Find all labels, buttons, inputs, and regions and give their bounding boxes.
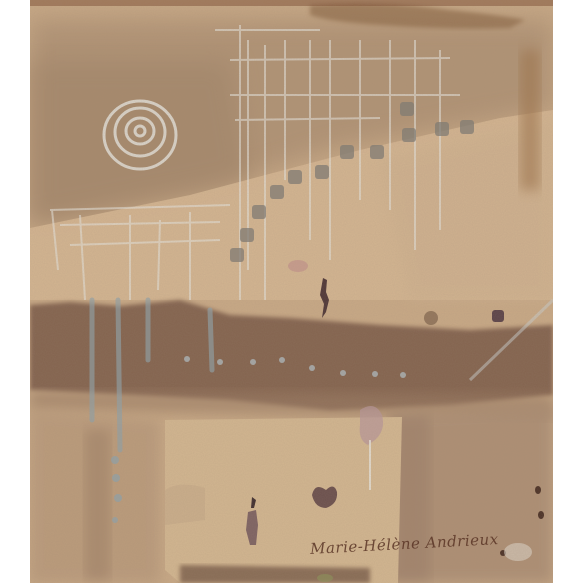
painting-canvas xyxy=(30,0,553,583)
artwork-painting: Marie-Hélène Andrieux xyxy=(30,0,553,583)
